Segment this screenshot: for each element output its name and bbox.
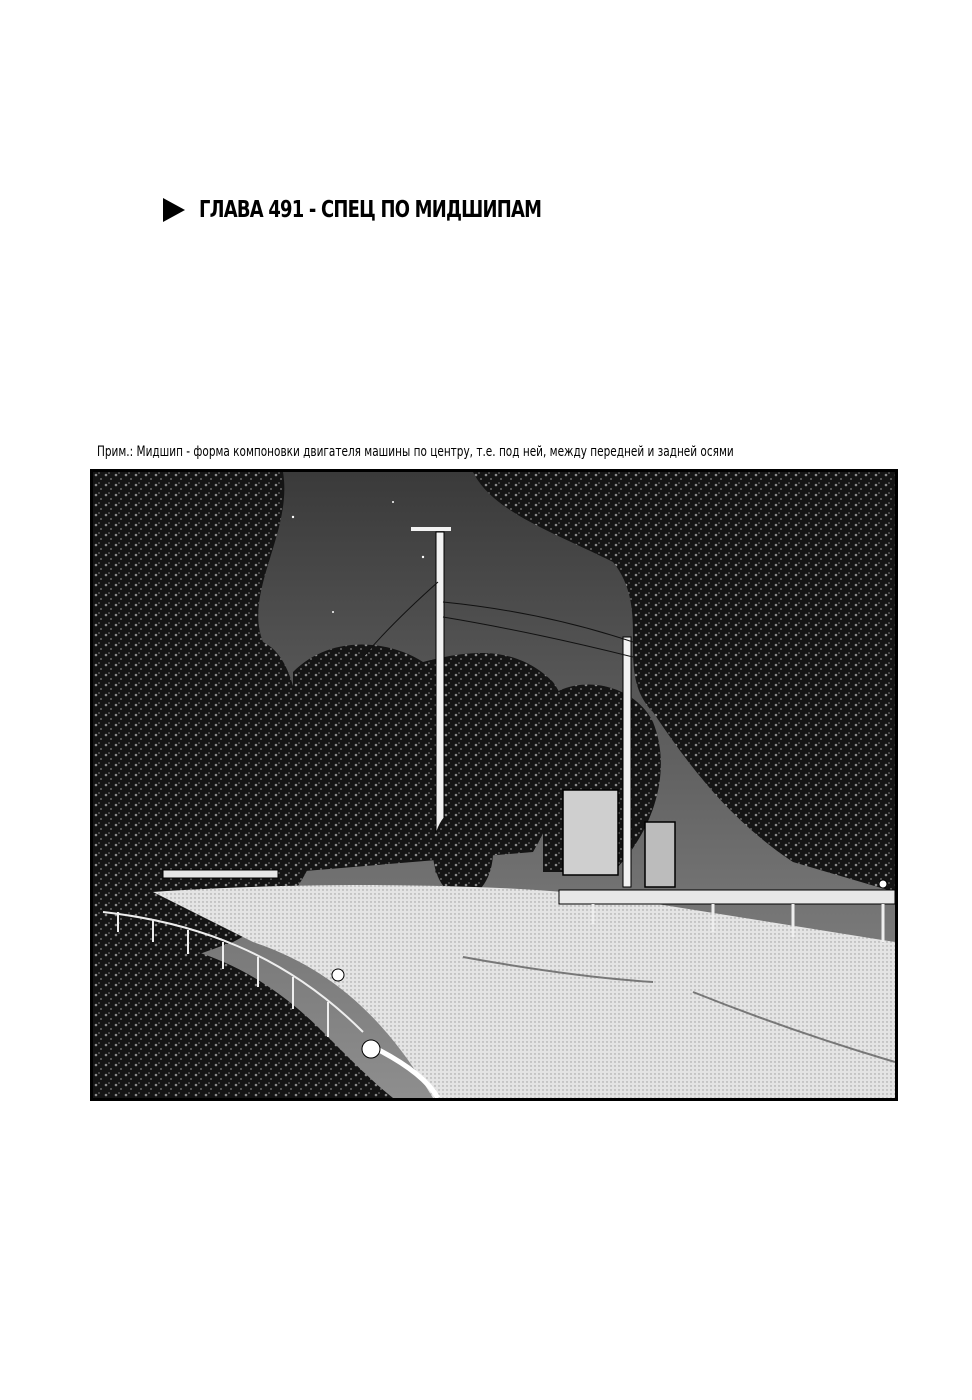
chapter-title: ГЛАВА 491 - СПЕЦ ПО МИДШИПАМ — [199, 197, 541, 223]
play-triangle-icon — [163, 198, 185, 222]
night-road-illustration — [93, 472, 895, 1098]
manga-panel — [90, 469, 898, 1101]
chapter-heading: ГЛАВА 491 - СПЕЦ ПО МИДШИПАМ — [163, 194, 638, 226]
translator-note: Прим.: Мидшип - форма компоновки двигате… — [97, 444, 734, 460]
